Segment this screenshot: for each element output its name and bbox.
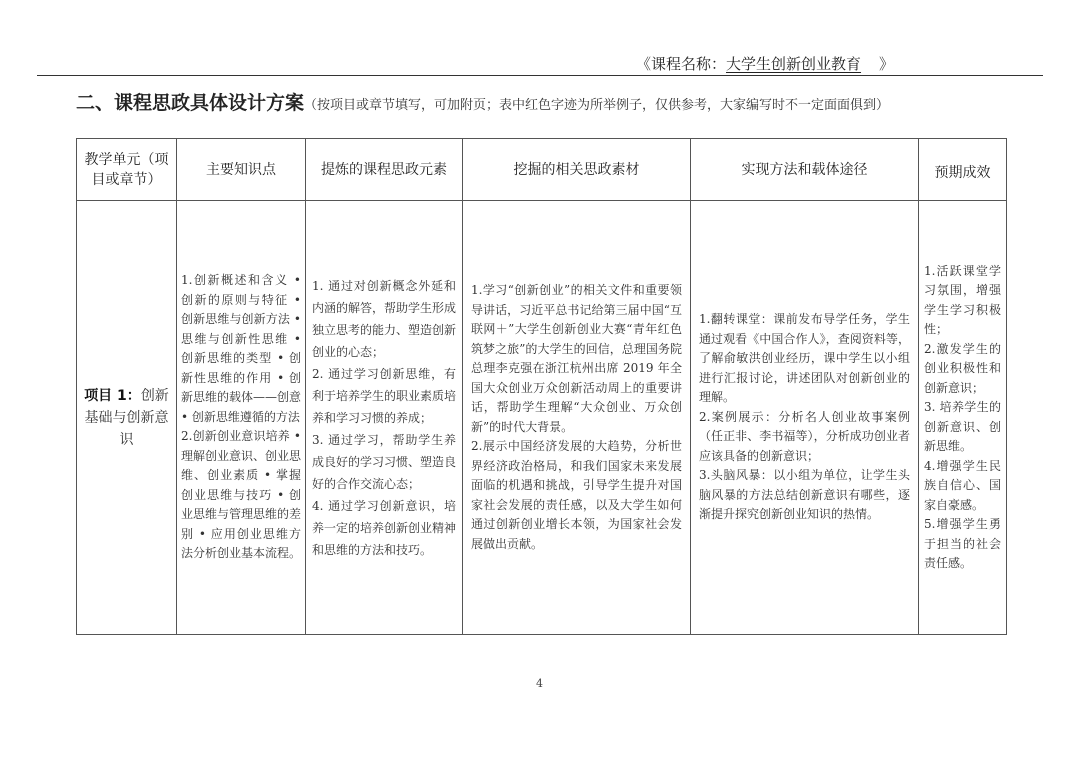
unit-cell: 项目 1：创新基础与创新意识 bbox=[77, 201, 177, 635]
outcome-item: 3. 培养学生的创新意识、创新思维。 bbox=[924, 398, 1001, 457]
methods-cell: 1.翻转课堂：课前发布导学任务，学生通过观看《中国合作人》，查阅资料等，了解俞敏… bbox=[691, 201, 919, 635]
course-suffix: 》 bbox=[879, 55, 894, 73]
method-item: 1.翻转课堂：课前发布导学任务，学生通过观看《中国合作人》，查阅资料等，了解俞敏… bbox=[699, 310, 910, 408]
outcomes-cell: 1.活跃课堂学习氛围，增强学生学习积极性； 2.激发学生的创业积极性和创新意识；… bbox=[919, 201, 1007, 635]
page-number: 4 bbox=[536, 677, 543, 690]
table-header-row: 教学单元（项目或章节） 主要知识点 提炼的课程思政元素 挖掘的相关思政素材 实现… bbox=[77, 139, 1007, 201]
knowledge-point-item: 2.创新创业意识培养 • 理解创业意识、创业思维、创业素质 • 掌握创业思维与技… bbox=[181, 427, 301, 564]
outcome-item: 4.增强学生民族自信心、国家自豪感。 bbox=[924, 457, 1001, 516]
column-header-outcomes: 预期成效 bbox=[919, 139, 1007, 201]
ideological-elements-cell: 1. 通过对创新概念外延和内涵的解答，帮助学生形成独立思考的能力、塑造创新创业的… bbox=[306, 201, 463, 635]
column-header-unit: 教学单元（项目或章节） bbox=[77, 139, 177, 201]
table-row: 项目 1：创新基础与创新意识 1.创新概述和含义 • 创新的原则与特征 • 创新… bbox=[77, 201, 1007, 635]
column-header-methods: 实现方法和载体途径 bbox=[691, 139, 919, 201]
section-title: 二、课程思政具体设计方案 bbox=[76, 92, 304, 114]
ideological-element-item: 3. 通过学习，帮助学生养成良好的学习习惯、塑造良好的合作交流心态； bbox=[312, 429, 456, 495]
ideological-element-item: 2. 通过学习创新思维，有利于培养学生的职业素质培养和学习习惯的养成； bbox=[312, 363, 456, 429]
knowledge-points-cell: 1.创新概述和含义 • 创新的原则与特征 • 创新思维与创新方法 • 思维与创新… bbox=[177, 201, 306, 635]
unit-label-bold: 项目 1： bbox=[84, 388, 141, 404]
column-header-knowledge-points: 主要知识点 bbox=[177, 139, 306, 201]
method-item: 2.案例展示：分析名人创业故事案例（任正非、李书福等），分析成功创业者应该具备的… bbox=[699, 408, 910, 467]
ideological-element-item: 4. 通过学习创新意识，培养一定的培养创新创业精神和思维的方法和技巧。 bbox=[312, 495, 456, 561]
course-name-header: 《课程名称：大学生创新创业教育》 bbox=[636, 53, 894, 74]
outcome-item: 2.激发学生的创业积极性和创新意识； bbox=[924, 340, 1001, 399]
outcome-item: 5.增强学生勇于担当的社会责任感。 bbox=[924, 515, 1001, 574]
outcome-item: 1.活跃课堂学习氛围，增强学生学习积极性； bbox=[924, 262, 1001, 340]
course-name: 大学生创新创业教育 bbox=[726, 55, 879, 73]
header-divider bbox=[37, 75, 1043, 76]
course-prefix: 《课程名称： bbox=[636, 55, 726, 73]
design-plan-table: 教学单元（项目或章节） 主要知识点 提炼的课程思政元素 挖掘的相关思政素材 实现… bbox=[76, 138, 1007, 635]
method-item: 3.头脑风暴：以小组为单位，让学生头脑风暴的方法总结创新意识有哪些，逐渐提升探究… bbox=[699, 466, 910, 525]
section-heading: 二、课程思政具体设计方案（按项目或章节填写，可加附页；表中红色字迹为所举例子，仅… bbox=[76, 88, 889, 115]
material-item: 2.展示中国经济发展的大趋势，分析世界经济政治格局，和我们国家未来发展面临的机遇… bbox=[471, 437, 682, 554]
column-header-ideological-elements: 提炼的课程思政元素 bbox=[306, 139, 463, 201]
section-note: （按项目或章节填写，可加附页；表中红色字迹为所举例子，仅供参考，大家编写时不一定… bbox=[304, 98, 889, 113]
ideological-element-item: 1. 通过对创新概念外延和内涵的解答，帮助学生形成独立思考的能力、塑造创新创业的… bbox=[312, 275, 456, 363]
material-item: 1.学习“创新创业”的相关文件和重要领导讲话，习近平总书记给第三届中国“互联网＋… bbox=[471, 281, 682, 437]
column-header-materials: 挖掘的相关思政素材 bbox=[463, 139, 691, 201]
materials-cell: 1.学习“创新创业”的相关文件和重要领导讲话，习近平总书记给第三届中国“互联网＋… bbox=[463, 201, 691, 635]
knowledge-point-item: 1.创新概述和含义 • 创新的原则与特征 • 创新思维与创新方法 • 思维与创新… bbox=[181, 271, 301, 427]
